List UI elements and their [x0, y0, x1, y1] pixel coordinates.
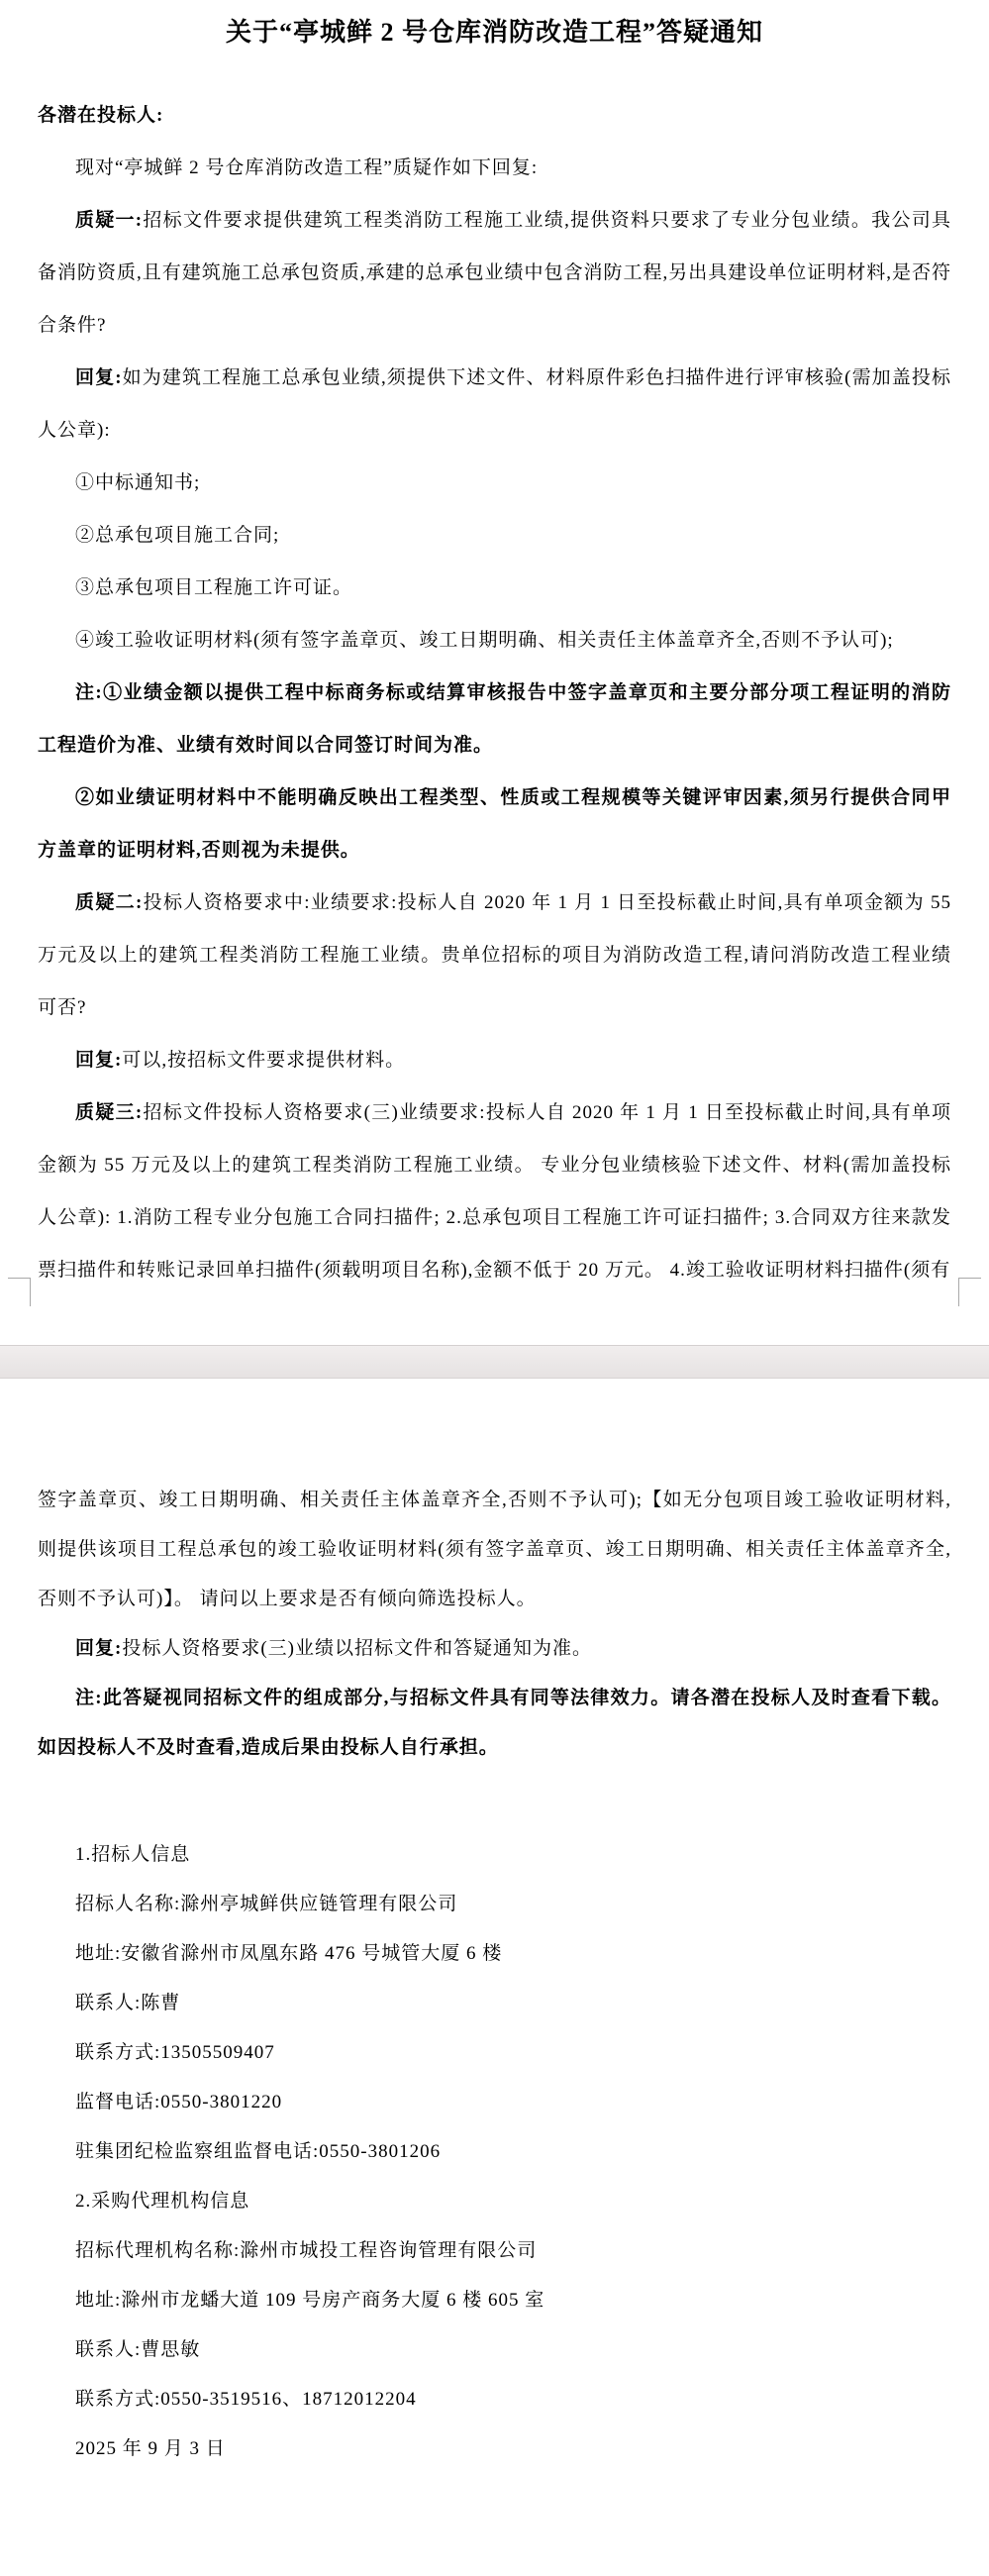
item-2: ②总承包项目施工合同; — [38, 509, 951, 562]
note-1: 注:①业绩金额以提供工程中标商务标或结算审核报告中签字盖章页和主要分部分项工程证… — [38, 667, 951, 772]
query-3: 质疑三:招标文件投标人资格要求(三)业绩要求:投标人自 2020 年 1 月 1… — [38, 1086, 951, 1296]
tenderer-contact: 联系人:陈曹 — [38, 1979, 951, 2028]
page2-content: 签字盖章页、竣工日期明确、相关责任主体盖章齐全,否则不予认可);【如无分包项目竣… — [38, 1476, 951, 2474]
paragraph-label: 注: — [75, 682, 103, 703]
agency-name: 招标代理机构名称:滁州市城投工程咨询管理有限公司 — [38, 2226, 951, 2276]
tenderer-name: 招标人名称:滁州亭城鲜供应链管理有限公司 — [38, 1880, 951, 1929]
paragraph-label: 质疑二: — [75, 892, 143, 913]
page-title: 关于“亭城鲜 2 号仓库消防改造工程”答疑通知 — [38, 0, 951, 53]
document-canvas: 关于“亭城鲜 2 号仓库消防改造工程”答疑通知 各潜在投标人:现对“亭城鲜 2 … — [0, 0, 989, 2576]
intro: 现对“亭城鲜 2 号仓库消防改造工程”质疑作如下回复: — [38, 142, 951, 194]
page-1: 关于“亭城鲜 2 号仓库消防改造工程”答疑通知 各潜在投标人:现对“亭城鲜 2 … — [0, 0, 989, 1345]
tenderer-phone: 联系方式:13505509407 — [38, 2028, 951, 2078]
notice-date: 2025 年 9 月 3 日 — [38, 2424, 951, 2474]
section-1-heading: 1.招标人信息 — [38, 1830, 951, 1880]
tenderer-address: 地址:安徽省滁州市凤凰东路 476 号城管大厦 6 楼 — [38, 1929, 951, 1979]
paragraph-label: 回复: — [75, 367, 123, 388]
paragraph-label: 各潜在投标人: — [38, 105, 163, 126]
agency-phone: 联系方式:0550-3519516、18712012204 — [38, 2375, 951, 2424]
paragraph-label: 注: — [75, 1688, 103, 1708]
salutation: 各潜在投标人: — [38, 89, 951, 142]
query-1: 质疑一:招标文件要求提供建筑工程类消防工程施工业绩,提供资料只要求了专业分包业绩… — [38, 194, 951, 352]
agency-address: 地址:滁州市龙蟠大道 109 号房产商务大厦 6 楼 605 室 — [38, 2276, 951, 2325]
item-4: ④竣工验收证明材料(须有签字盖章页、竣工日期明确、相关责任主体盖章齐全,否则不予… — [38, 614, 951, 667]
section-2-heading: 2.采购代理机构信息 — [38, 2177, 951, 2226]
blank-space — [38, 1773, 951, 1830]
reply-2: 回复:可以,按招标文件要求提供材料。 — [38, 1034, 951, 1086]
discipline-inspection-phone: 驻集团纪检监察组监督电话:0550-3801206 — [38, 2127, 951, 2177]
note-2: ②如业绩证明材料中不能明确反映出工程类型、性质或工程规模等关键评审因素,须另行提… — [38, 772, 951, 876]
query-3-continued: 签字盖章页、竣工日期明确、相关责任主体盖章齐全,否则不予认可);【如无分包项目竣… — [38, 1476, 951, 1624]
query-2: 质疑二:投标人资格要求中:业绩要求:投标人自 2020 年 1 月 1 日至投标… — [38, 876, 951, 1034]
supervision-phone: 监督电话:0550-3801220 — [38, 2078, 951, 2127]
page1-content: 各潜在投标人:现对“亭城鲜 2 号仓库消防改造工程”质疑作如下回复:质疑一:招标… — [38, 89, 951, 1296]
item-3: ③总承包项目工程施工许可证。 — [38, 562, 951, 614]
paragraph-label: 回复: — [75, 1050, 122, 1071]
note-3: 注:此答疑视同招标文件的组成部分,与招标文件具有同等法律效力。请各潜在投标人及时… — [38, 1674, 951, 1773]
page-2: 签字盖章页、竣工日期明确、相关责任主体盖章齐全,否则不予认可);【如无分包项目竣… — [0, 1380, 989, 2576]
agency-contact: 联系人:曹思敏 — [38, 2325, 951, 2375]
page-break-separator — [0, 1345, 989, 1379]
item-1: ①中标通知书; — [38, 457, 951, 509]
paragraph-label: 质疑一: — [75, 210, 143, 231]
reply-3: 回复:投标人资格要求(三)业绩以招标文件和答疑通知为准。 — [38, 1624, 951, 1674]
reply-1: 回复:如为建筑工程施工总承包业绩,须提供下述文件、材料原件彩色扫描件进行评审核验… — [38, 352, 951, 457]
paragraph-label: 回复: — [75, 1638, 122, 1659]
paragraph-label: 质疑三: — [75, 1102, 143, 1123]
